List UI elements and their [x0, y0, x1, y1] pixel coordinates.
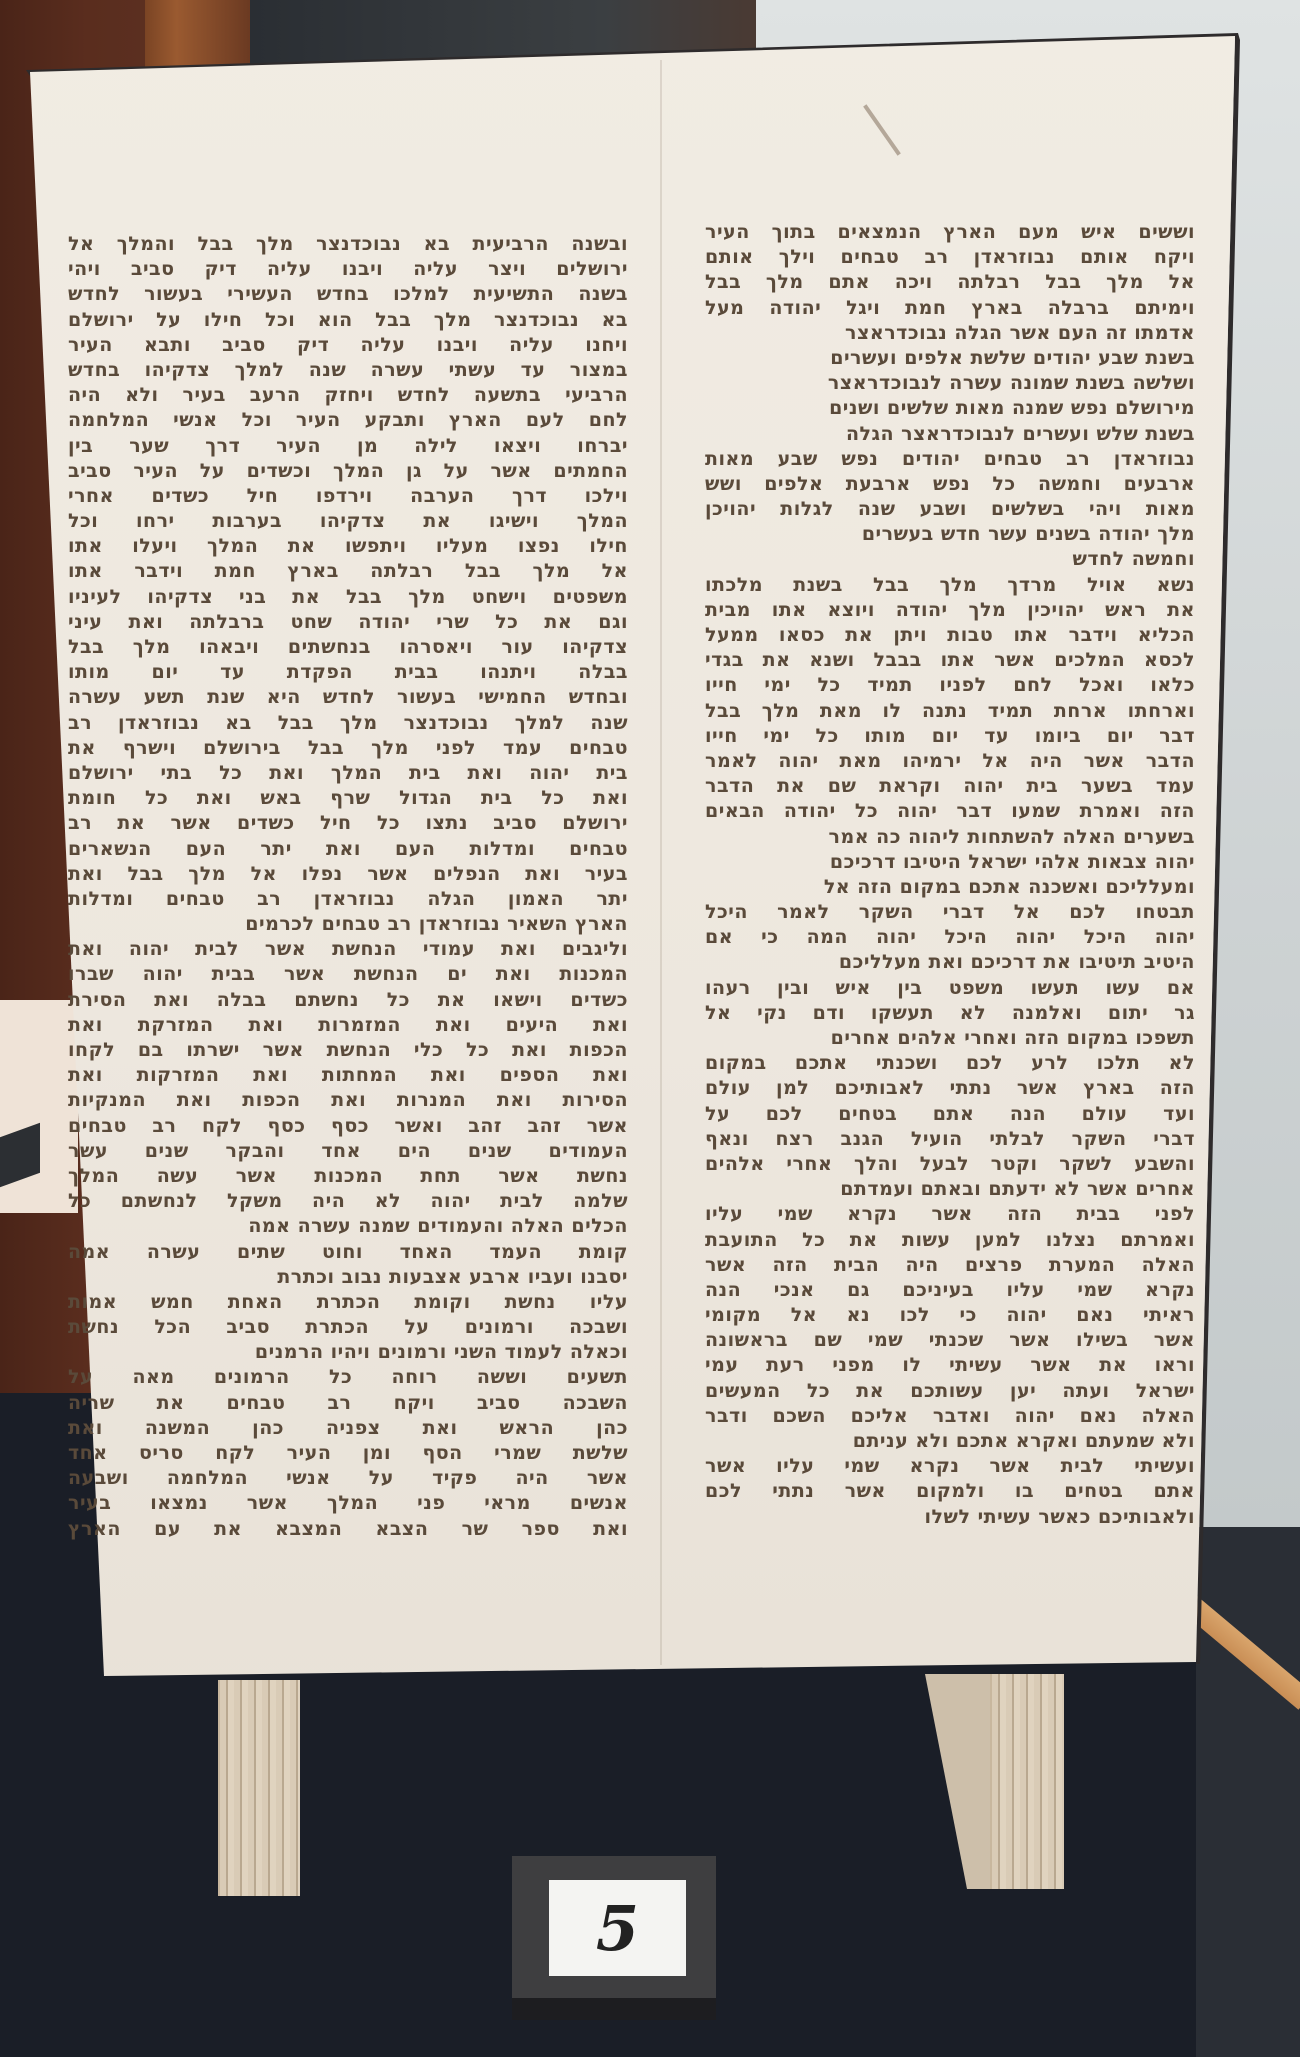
text-line: לחם לעם הארץ ותבקע העיר וכל אנשי המלחמה	[68, 408, 628, 433]
display-case-floor-right	[1196, 1527, 1300, 2057]
text-line: החמתים אשר על גן המלך וכשדים על העיר סבי…	[68, 459, 628, 484]
text-line: הארץ השאיר נבוזראדן רב טבחים לכרמים	[68, 912, 628, 937]
text-line: צדקיהו עור ויאסרהו בנחשתים ויבאהו מלך בב…	[68, 635, 628, 660]
placard-card: 5	[549, 1880, 686, 1976]
text-line: יברחו ויצאו לילה מן העיר דרך שער בין	[68, 434, 628, 459]
text-line: וגם את כל שרי יהודה שחט ברבלתה ואת עיני	[68, 610, 628, 635]
easel-leg-left	[218, 1680, 300, 1896]
text-line: חילו נפצו מעליו ויתפשו את המלך ויעלו אתו	[68, 534, 628, 559]
text-line: העמודים שנים הים אחד והבקר שנים עשר	[68, 1139, 628, 1164]
text-line: תשעים וששה רוחה כל הרמונים מאה על	[68, 1365, 628, 1390]
text-line: ואת הספים ואת המחתות ואת המזרקות ואת	[68, 1063, 628, 1088]
text-line: בעיר ואת הנפלים אשר נפלו אל מלך בבל ואת	[68, 862, 628, 887]
text-line: שלמה לבית יהוה לא היה משקל לנחשתם כל	[68, 1189, 628, 1214]
text-line: וכאלה לעמוד השני ורמונים ויהיו הרמנים	[68, 1340, 628, 1365]
text-line: בבלה ויתנהו בבית הפקדת עד יום מותו	[68, 660, 628, 685]
text-line: המכנות ואת ים הנחשת אשר בבית יהוה שברו	[68, 962, 628, 987]
text-line: קומת העמד האחד וחוט שתים עשרה אמה	[68, 1240, 628, 1265]
text-line: משפטים וישחט מלך בבל את בני צדקיהו לעיני…	[68, 585, 628, 610]
text-line: בית יהוה ואת בית המלך ואת כל בתי ירושלם	[68, 761, 628, 786]
text-line: וליגבים ואת עמודי הנחשת אשר לבית יהוה וא…	[68, 937, 628, 962]
text-line: ירושלים ויצר עליה ויבנו עליה דיק סביב וי…	[68, 257, 628, 282]
text-line: ואת היעים ואת המזמרות ואת המזרקת ואת	[68, 1013, 628, 1038]
text-line: ושבכה ורמונים על הכתרת סביב הכל נחשת	[68, 1315, 628, 1340]
dark-background-panel	[250, 0, 756, 200]
text-line: ובשנה הרביעית בא נבוכדנצר מלך בבל והמלך …	[68, 232, 628, 257]
exhibit-number: 5	[596, 1892, 639, 1965]
text-line: במצור עד עשתי עשרה שנה למלך צדקיהו בחדש	[68, 358, 628, 383]
text-column-left: ובשנה הרביעית בא נבוכדנצר מלך בבל והמלך …	[68, 232, 628, 1542]
text-line: בשנה התשיעית למלכו בחדש העשירי בעשור לחד…	[68, 282, 628, 307]
text-line: אשר זהב זהב ואשר כסף כסף לקח רב טבחים	[68, 1114, 628, 1139]
text-line: ואת כל בית הגדול שרף באש ואת כל חומת	[68, 786, 628, 811]
text-line: אל מלך בבל רבלתה בארץ חמת וידבר אתו	[68, 559, 628, 584]
text-line: ויחנו עליה ויבנו עליה דיק סביב ותבא העיר	[68, 333, 628, 358]
text-line: ירושלם סביב נתצו כל חיל כשדים אשר את רב	[68, 811, 628, 836]
text-line: הכפות ואת כל כלי הנחשת אשר ישרתו בם לקחו	[68, 1038, 628, 1063]
text-line: המלך וישיגו את צדקיהו בערבות ירחו וכל	[68, 509, 628, 534]
text-line: בא נבוכדנצר מלך בבל הוא וכל חילו על ירוש…	[68, 308, 628, 333]
text-line: שנה למלך נבוכדנצר מלך בבל בא נבוזראדן רב	[68, 711, 628, 736]
text-line: טבחים עמד לפני מלך בבל בירושלם וישרף את	[68, 736, 628, 761]
light-wall	[756, 0, 1300, 1527]
text-line: נחשת אשר תחת המכנות אשר עשה המלך	[68, 1164, 628, 1189]
wooden-cabinet-edge	[145, 0, 250, 200]
text-line: ובחדש החמישי בעשור לחדש היא שנת תשע עשרה	[68, 685, 628, 710]
text-line: כשדים וישאו את כל נחשתם בבלה ואת הסירת	[68, 988, 628, 1013]
text-line: יתר האמון הגלה נבוזראדן רב טבחים ומדלות	[68, 887, 628, 912]
text-line: הכלים האלה והעמודים שמנה עשרה אמה	[68, 1214, 628, 1239]
easel-leg-right	[990, 1674, 1064, 1889]
text-line: הרביעי בתשעה לחדש ויחזק הרעב בעיר ולא הי…	[68, 383, 628, 408]
text-line: וילכו דרך הערבה וירדפו חיל כשדים אחרי	[68, 484, 628, 509]
text-line: יסבנו ועביו ארבע אצבעות נבוב וכתרת	[68, 1265, 628, 1290]
text-line: הסירות ואת המנרות ואת הכפות ואת המנקיות	[68, 1088, 628, 1113]
text-line: עליו נחשת וקומת הכתרת האחת חמש אמות	[68, 1290, 628, 1315]
text-line: טבחים ומדלות העם ואת יתר העם הנשארים	[68, 837, 628, 862]
